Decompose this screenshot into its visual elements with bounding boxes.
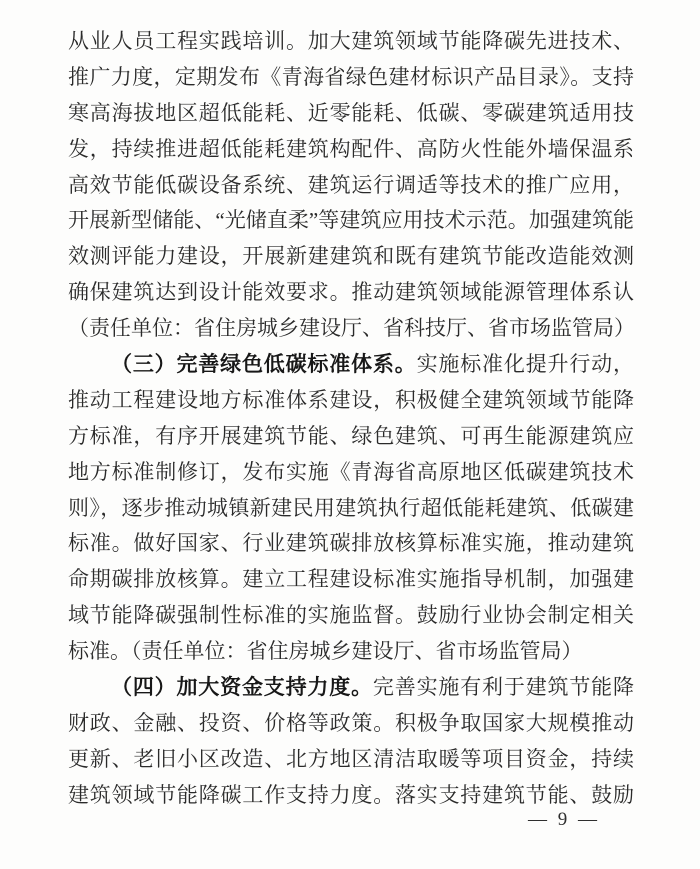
text-run: 命期碳排放核算。建立工程建设标准实施指导机制，加强建筑领 [68, 567, 634, 598]
text-line: 开展新型储能、“光储直柔”等建筑应用技术示范。加强建筑能 [68, 203, 634, 239]
text-line: 则》，逐步推动城镇新建民用建筑执行超低能耗建筑、低碳建筑 [68, 491, 634, 527]
text-line: 推动工程建设地方标准体系建设，积极健全建筑领域节能降碳地 [68, 383, 634, 419]
text-line: 地方标准制修订，发布实施《青海省高原地区低碳建筑技术导 [68, 455, 634, 491]
text-run: 财政、金融、投资、价格等政策。积极争取国家大规模推动设备 [68, 711, 634, 742]
text-run: 更新、老旧小区改造、北方地区清洁取暖等项目资金，持续加大 [68, 747, 634, 778]
text-run: 从业人员工程实践培训。加大建筑领域节能降碳先进技术、产品 [68, 29, 634, 60]
text-line: 更新、老旧小区改造、北方地区清洁取暖等项目资金，持续加大 [68, 742, 634, 778]
text-run: 标准。做好国家、行业建筑碳排放核算标准实施，推动建筑全生 [68, 531, 634, 562]
text-line: （四）加大资金支持力度。完善实施有利于建筑节能降碳的 [68, 670, 634, 706]
text-run: 推广力度，定期发布《青海省绿色建材标识产品目录》。支持高 [68, 65, 634, 96]
page-number: — 9 — [528, 808, 600, 832]
text-line: 寒高海拔地区超低能耗、近零能耗、低碳、零碳建筑适用技术研 [68, 96, 634, 132]
text-run: 方标准，有序开展建筑节能、绿色建筑、可再生能源建筑应用等 [68, 424, 634, 455]
section-heading-run: （四）加大资金支持力度。 [111, 675, 373, 699]
document-page: 从业人员工程实践培训。加大建筑领域节能降碳先进技术、产品推广力度，定期发布《青海… [0, 0, 700, 869]
text-line: 命期碳排放核算。建立工程建设标准实施指导机制，加强建筑领 [68, 562, 634, 598]
text-line: 发，持续推进超低能耗建筑构配件、高防火性能外墙保温系统、 [68, 132, 634, 168]
text-run: 发，持续推进超低能耗建筑构配件、高防火性能外墙保温系统、 [68, 137, 634, 168]
text-run: 域节能降碳强制性标准的实施监督。鼓励行业协会制定相关团体 [68, 603, 634, 634]
text-run: 则》，逐步推动城镇新建民用建筑执行超低能耗建筑、低碳建筑 [68, 496, 634, 527]
text-line: 确保建筑达到设计能效要求。推动建筑领域能源管理体系认证。 [68, 275, 634, 311]
text-line: （三）完善绿色低碳标准体系。实施标准化提升行动，持续 [68, 347, 634, 383]
text-line: 标准。（责任单位：省住房城乡建设厅、省市场监管局） [68, 634, 634, 670]
text-line: 从业人员工程实践培训。加大建筑领域节能降碳先进技术、产品 [68, 24, 634, 60]
text-line: 高效节能低碳设备系统、建筑运行调适等技术的推广应用，鼓励 [68, 168, 634, 204]
text-run: （责任单位：省住房城乡建设厅、省科技厅、省市场监管局） [68, 316, 634, 340]
text-run: 高效节能低碳设备系统、建筑运行调适等技术的推广应用，鼓励 [68, 173, 634, 204]
text-block: 从业人员工程实践培训。加大建筑领域节能降碳先进技术、产品推广力度，定期发布《青海… [68, 24, 634, 814]
text-line: 推广力度，定期发布《青海省绿色建材标识产品目录》。支持高 [68, 60, 634, 96]
text-run: 地方标准制修订，发布实施《青海省高原地区低碳建筑技术导 [68, 460, 634, 491]
text-line: 财政、金融、投资、价格等政策。积极争取国家大规模推动设备 [68, 706, 634, 742]
text-run: 标准。（责任单位：省住房城乡建设厅、省市场监管局） [68, 639, 583, 663]
section-heading-run: （三）完善绿色低碳标准体系。 [111, 352, 417, 376]
text-line: （责任单位：省住房城乡建设厅、省科技厅、省市场监管局） [68, 311, 634, 347]
text-run: 寒高海拔地区超低能耗、近零能耗、低碳、零碳建筑适用技术研 [68, 101, 634, 132]
text-run: 推动工程建设地方标准体系建设，积极健全建筑领域节能降碳地 [68, 388, 634, 419]
text-run: 开展新型储能、“光储直柔”等建筑应用技术示范。加强建筑能 [68, 208, 634, 232]
text-line: 域节能降碳强制性标准的实施监督。鼓励行业协会制定相关团体 [68, 598, 634, 634]
text-run: 确保建筑达到设计能效要求。推动建筑领域能源管理体系认证。 [68, 280, 634, 311]
text-line: 方标准，有序开展建筑节能、绿色建筑、可再生能源建筑应用等 [68, 419, 634, 455]
text-run: 效测评能力建设，开展新建建筑和既有建筑节能改造能效测评， [68, 244, 634, 275]
text-line: 标准。做好国家、行业建筑碳排放核算标准实施，推动建筑全生 [68, 526, 634, 562]
text-line: 效测评能力建设，开展新建建筑和既有建筑节能改造能效测评， [68, 239, 634, 275]
